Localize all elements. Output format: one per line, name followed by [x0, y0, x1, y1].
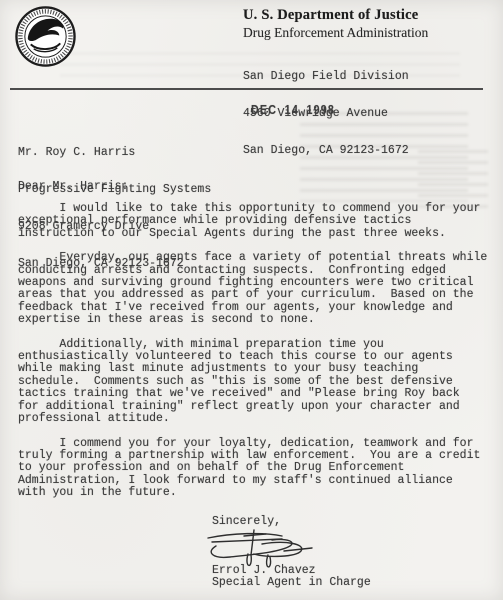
office-line: San Diego, CA 92123-1672 — [243, 145, 428, 157]
office-line: San Diego Field Division — [243, 71, 428, 83]
letter-body: I would like to take this opportunity to… — [18, 203, 492, 512]
salutation: Dear Mr. Harris: — [18, 181, 128, 193]
letterhead: U. S. Department of Justice Drug Enforce… — [243, 7, 428, 182]
letterhead-administration: Drug Enforcement Administration — [243, 25, 428, 41]
letterhead-department: U. S. Department of Justice — [243, 7, 428, 24]
body-paragraph: Everyday, our agents face a variety of p… — [18, 252, 492, 326]
letterhead-divider-rule — [10, 88, 483, 90]
dea-seal-icon — [14, 5, 77, 68]
scan-bleedthrough-artifact — [418, 150, 488, 210]
signer-title: Special Agent in Charge — [212, 577, 371, 589]
received-date-stamp: DEC 14 1998 — [251, 102, 335, 117]
body-paragraph: Additionally, with minimal preparation t… — [18, 339, 492, 426]
body-paragraph: I would like to take this opportunity to… — [18, 203, 492, 240]
body-paragraph: I commend you for your loyalty, dedicati… — [18, 438, 492, 500]
scanned-letter-page: U. S. Department of Justice Drug Enforce… — [0, 0, 503, 600]
recipient-line: Mr. Roy C. Harris — [18, 147, 211, 159]
